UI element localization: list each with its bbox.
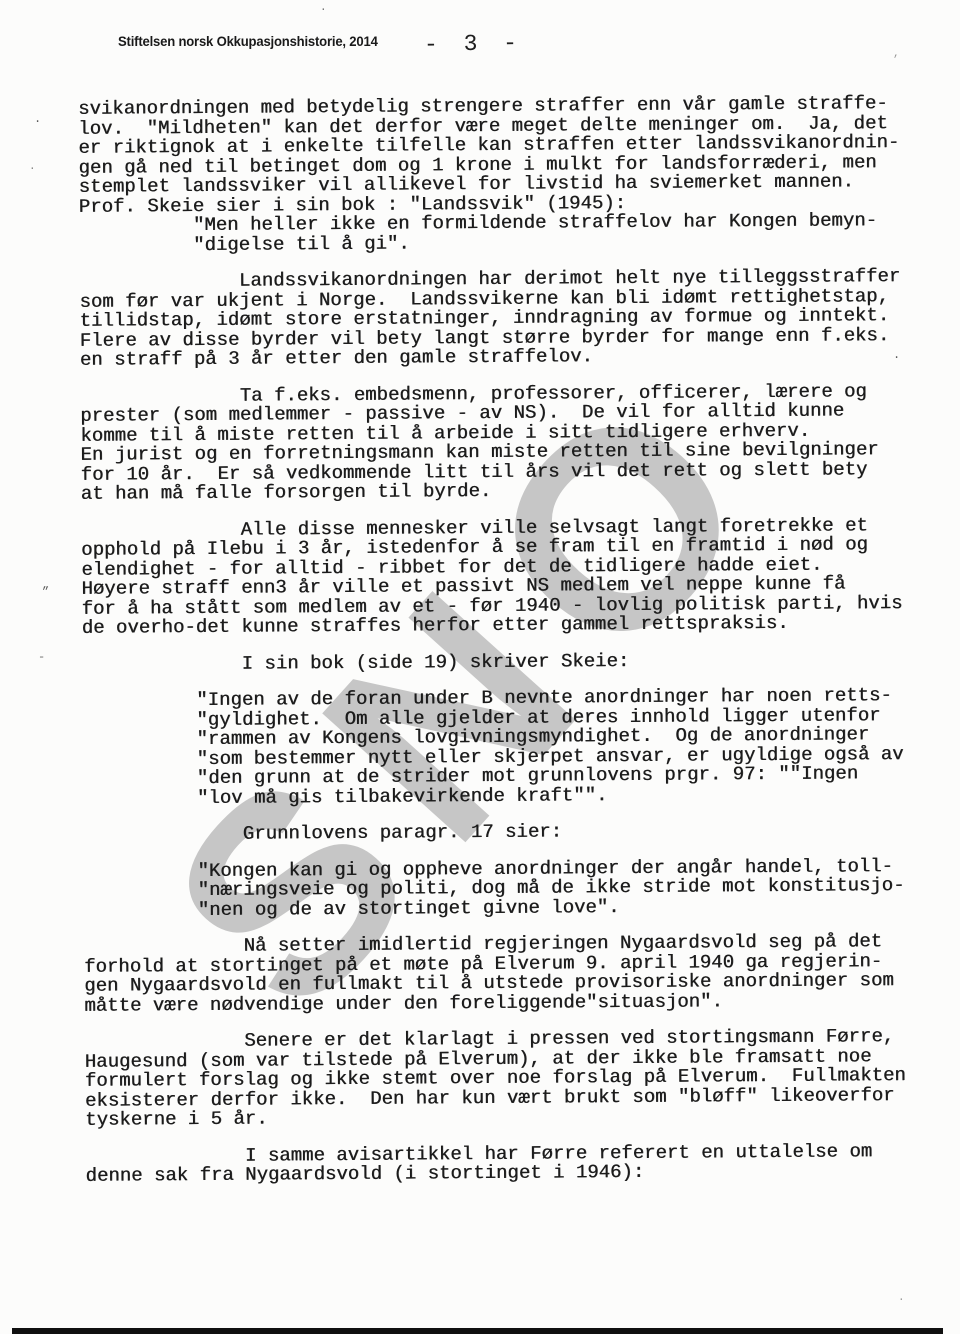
text-line: I sin bok (side 19) skriver Skeie: — [82, 650, 903, 675]
text-line: "lov må gis tilbakevirkende kraft"". — [83, 784, 904, 809]
paragraph: Ta f.eks. embedsmenn, professorer, offic… — [80, 382, 902, 505]
archive-stamp: Stiftelsen norsk Okkupasjonshistorie, 20… — [118, 34, 378, 49]
scan-edge-bar — [12, 1328, 943, 1334]
scan-artifact: . — [898, 1292, 905, 1304]
quote-block: "Kongen kan gi og oppheve anordninger de… — [83, 857, 904, 921]
text-line: "digelse til å gi". — [79, 231, 900, 256]
scan-artifact: . — [34, 112, 41, 126]
paragraph: I samme avisartikkel har Førre referert … — [85, 1142, 906, 1187]
quote-block: "Men heller ikke en formildende straffel… — [79, 211, 900, 256]
text-line: måtte være nødvendige under den foreligg… — [84, 991, 905, 1016]
paragraph: svikanordningen med betydelig strengere … — [78, 94, 900, 217]
paragraph: I sin bok (side 19) skriver Skeie: — [82, 650, 903, 675]
scan-artifact: „ — [42, 578, 49, 592]
scan-artifact: . — [893, 348, 900, 362]
quote-block: "Ingen av de foran under B nevnte anordn… — [82, 686, 904, 809]
scan-artifact: , — [893, 48, 900, 60]
text-line: tyskerne i 5 år. — [85, 1105, 906, 1130]
document-page: SNO Stiftelsen norsk Okkupasjonshistorie… — [0, 0, 960, 1334]
paragraph: Grunnlovens paragr. 17 sier: — [83, 820, 904, 845]
text-line: "nen og de av stortinget givne love". — [84, 896, 905, 921]
scan-artifact: - — [38, 650, 45, 664]
document-body: svikanordningen med betydelig strengere … — [78, 94, 907, 1186]
paragraph: Senere er det klarlagt i pressen ved sto… — [85, 1027, 907, 1130]
paragraph: Landssvikanordningen har derimot helt ny… — [79, 267, 901, 370]
text-line: en straff på 3 år etter den gamle straff… — [80, 345, 901, 370]
text-line: denne sak fra Nygaardsvold (i stortinget… — [85, 1161, 906, 1186]
paragraph: Alle disse mennesker ville selvsagt lang… — [81, 516, 903, 639]
scan-artifact: . — [320, 2, 327, 14]
text-line: at han må falle forsorgen til byrde. — [81, 479, 902, 504]
scan-artifact: . — [29, 161, 36, 173]
text-line: Grunnlovens paragr. 17 sier: — [83, 820, 904, 845]
page-number: - 3 - — [424, 30, 523, 58]
text-line: de overho-det kunne straffes herfor ette… — [82, 613, 903, 638]
paragraph: Nå setter imidlertid regjeringen Nygaard… — [84, 932, 905, 1016]
